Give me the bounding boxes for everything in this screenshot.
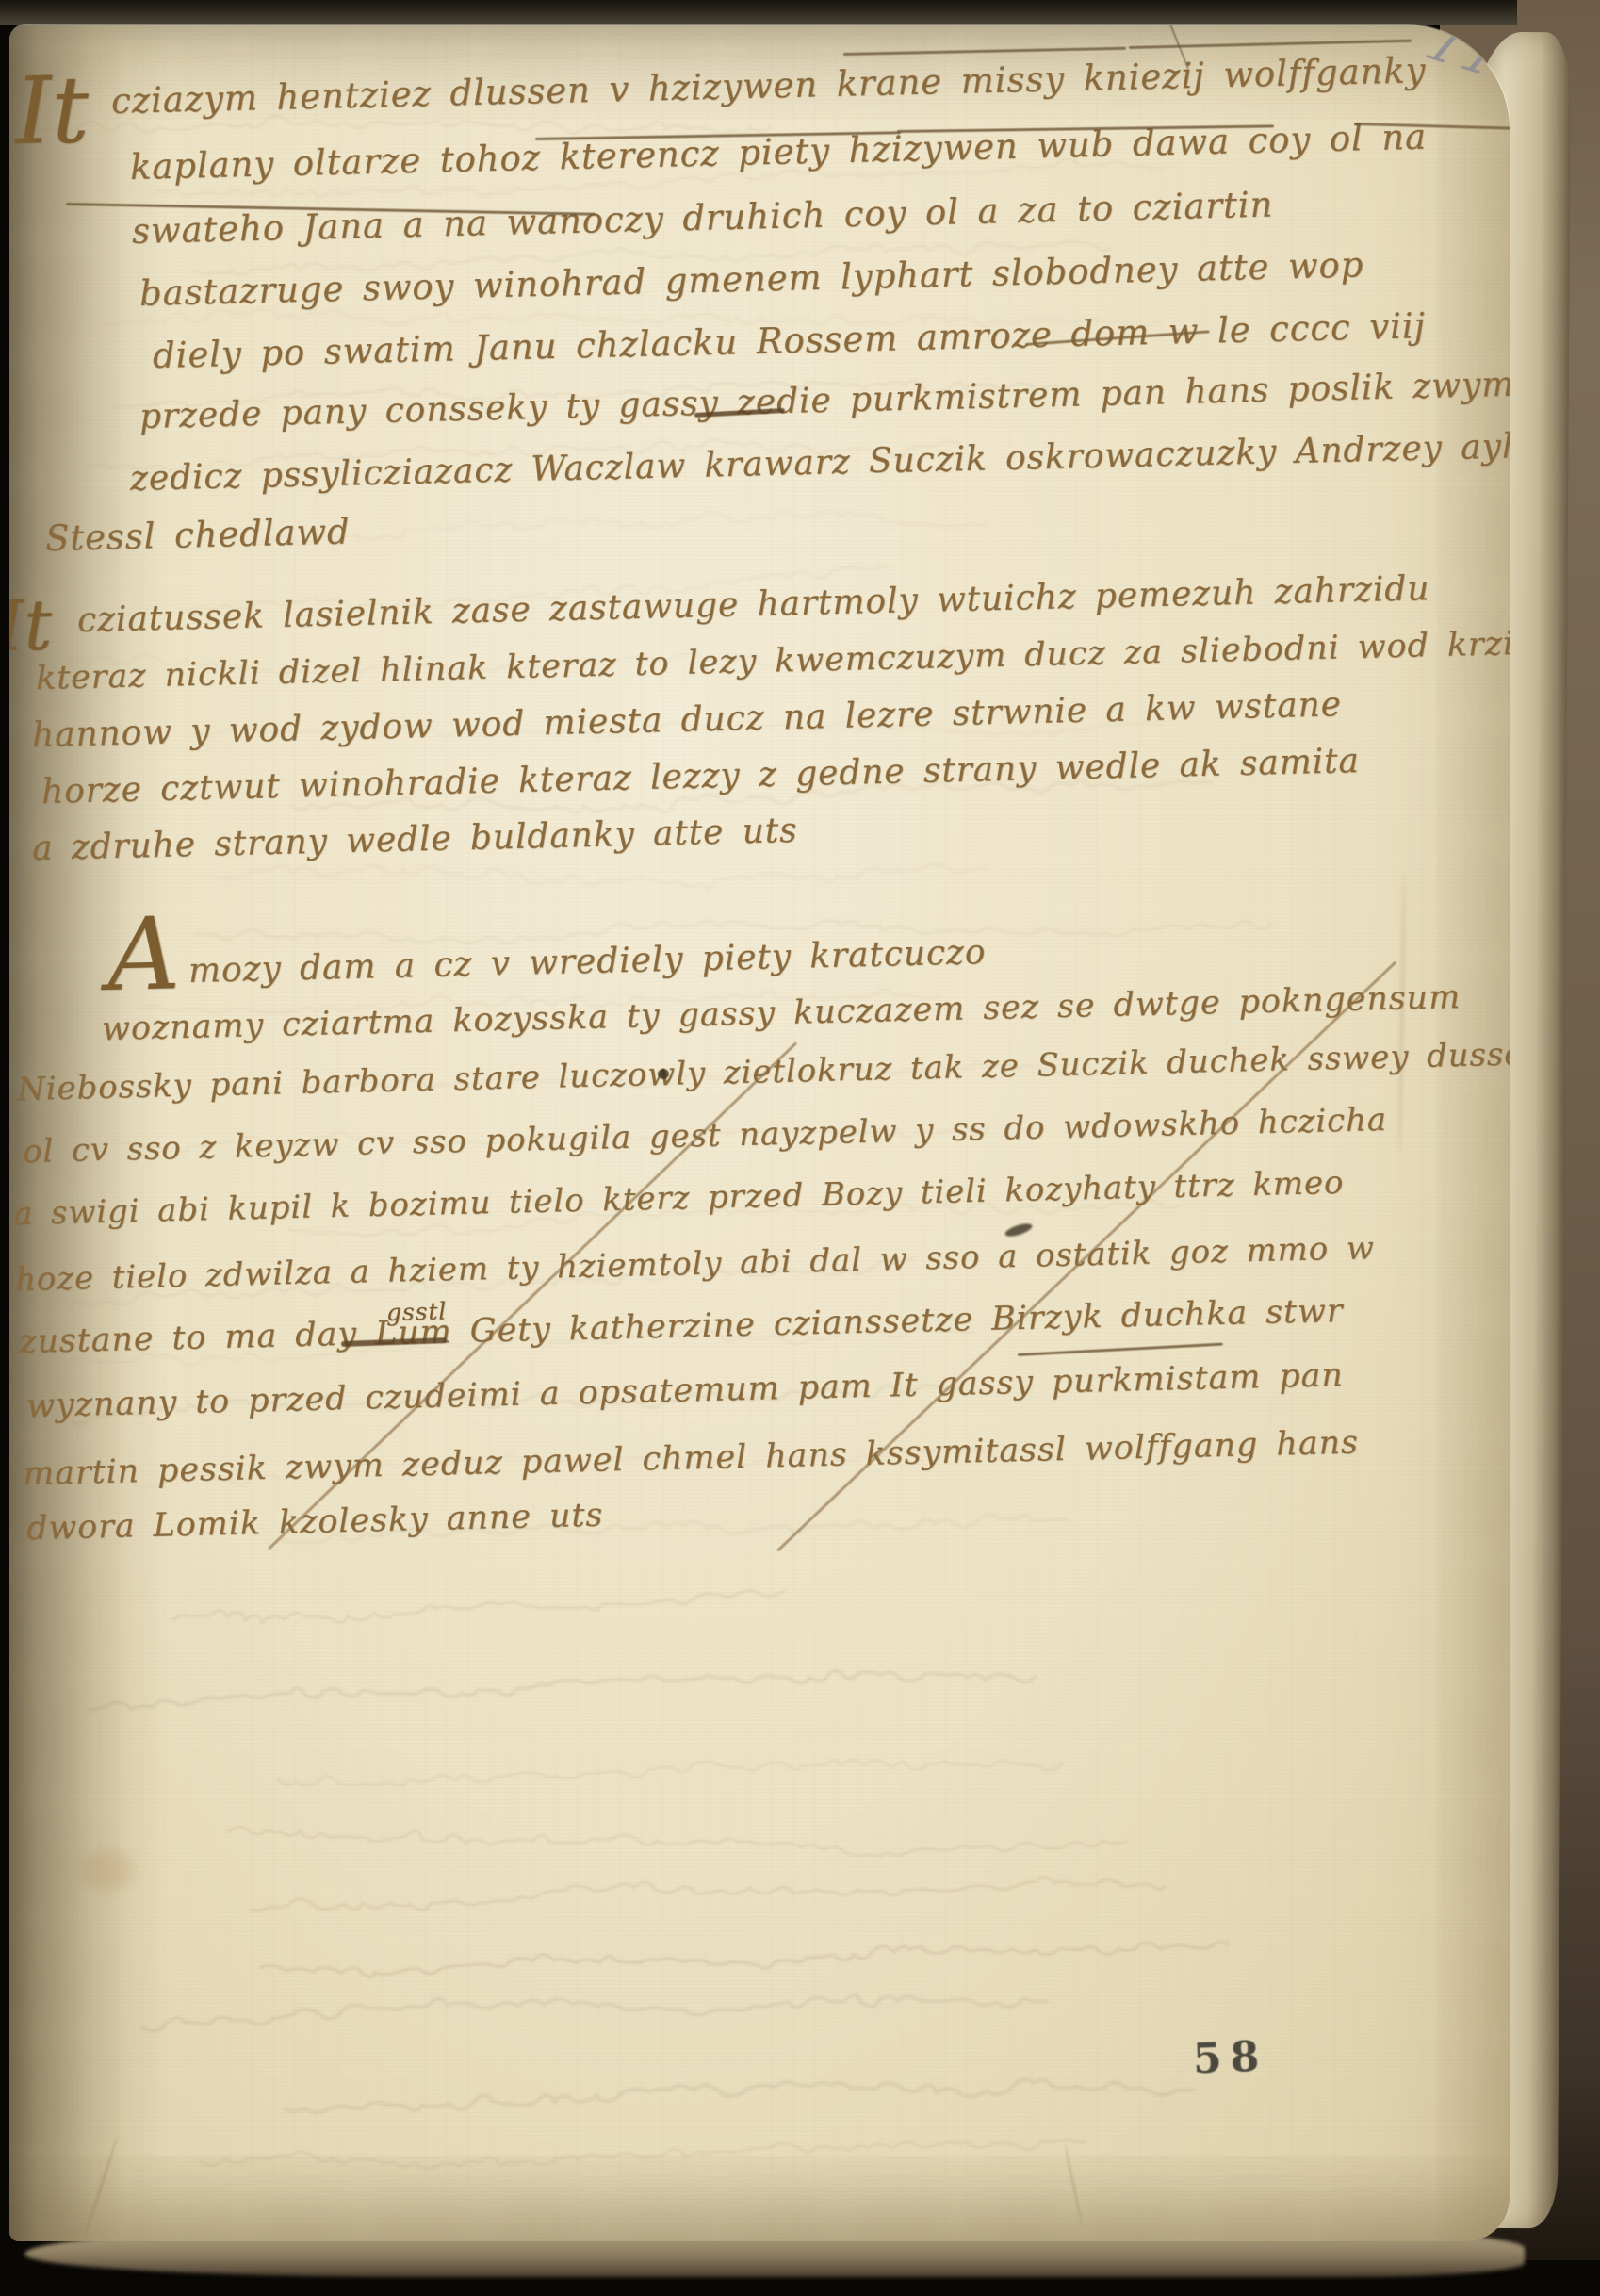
manuscript-photo: Itcziazym hentziez dlussen v hzizywen kr… <box>0 0 1600 2296</box>
page-surface: Itcziazym hentziez dlussen v hzizywen kr… <box>9 25 1510 2241</box>
blemish-layer <box>9 25 1510 2241</box>
ink-smudge <box>1004 1222 1034 1239</box>
stain <box>81 1849 134 1891</box>
crease <box>84 2136 119 2236</box>
manuscript-page: Itcziazym hentziez dlussen v hzizywen kr… <box>9 25 1510 2241</box>
ink-dot <box>658 1069 669 1079</box>
crease <box>1064 2144 1085 2228</box>
photo-top-gap <box>0 0 1517 25</box>
page-stamp-number: 58 <box>1192 2033 1268 2084</box>
crease <box>1397 871 1406 1154</box>
